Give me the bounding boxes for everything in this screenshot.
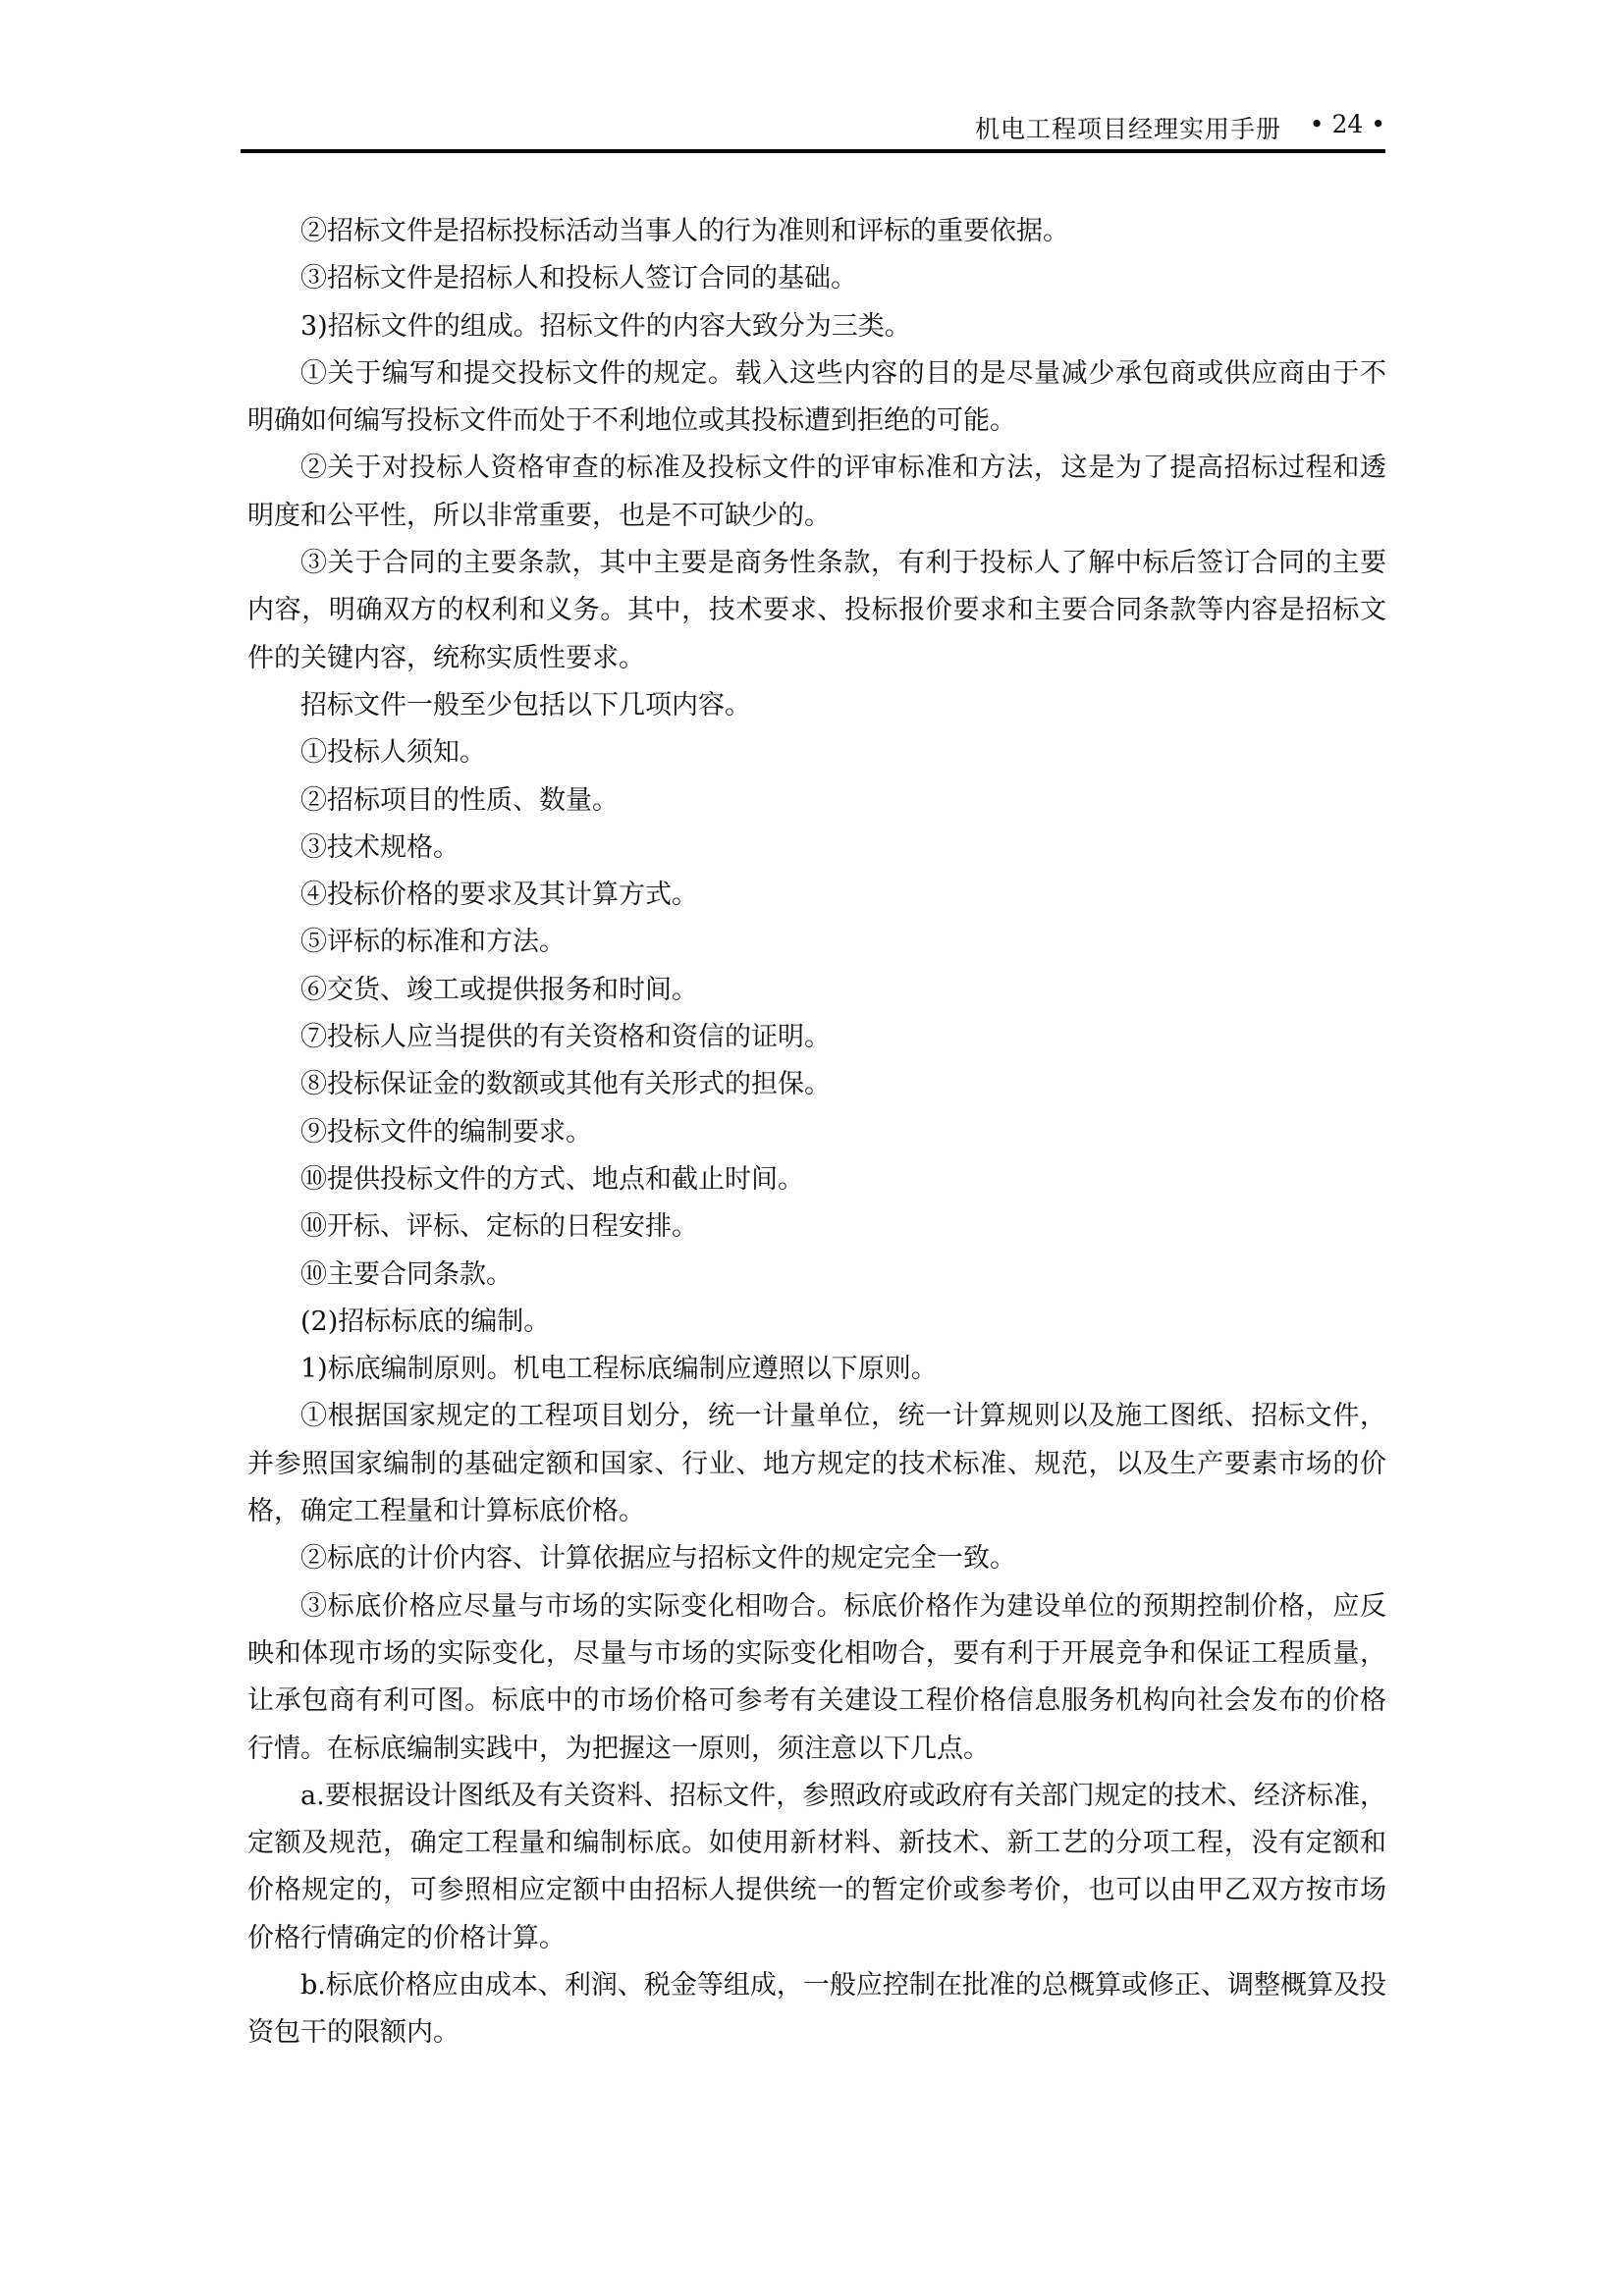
list-item: ③技术规格。 xyxy=(247,825,1386,872)
paragraph: a.要根据设计图纸及有关资料、招标文件，参照政府或政府有关部门规定的技术、经济标… xyxy=(247,1773,1386,1962)
list-item: ②招标项目的性质、数量。 xyxy=(247,777,1386,825)
list-item: ⑦投标人应当提供的有关资格和资信的证明。 xyxy=(247,1014,1386,1061)
list-item: ⑩提供投标文件的方式、地点和截止时间。 xyxy=(247,1156,1386,1203)
paragraph: ②招标文件是招标投标活动当事人的行为准则和评标的重要依据。 xyxy=(247,208,1386,255)
paragraph: 3)招标文件的组成。招标文件的内容大致分为三类。 xyxy=(247,303,1386,350)
list-item: ⑩主要合同条款。 xyxy=(247,1252,1386,1299)
running-header: 机电工程项目经理实用手册 • 24 • xyxy=(241,110,1385,149)
book-title: 机电工程项目经理实用手册 xyxy=(975,110,1281,145)
list-item: ④投标价格的要求及其计算方式。 xyxy=(247,872,1386,919)
paragraph: b.标底价格应由成本、利润、税金等组成，一般应控制在批准的总概算或修正、调整概算… xyxy=(247,1962,1386,2057)
header-rule xyxy=(241,149,1385,153)
paragraph: ①根据国家规定的工程项目划分，统一计量单位，统一计算规则以及施工图纸、招标文件，… xyxy=(247,1393,1386,1535)
list-item: ⑧投标保证金的数额或其他有关形式的担保。 xyxy=(247,1061,1386,1108)
page-number: • 24 • xyxy=(1310,110,1385,138)
paragraph: ③标底价格应尽量与市场的实际变化相吻合。标底价格作为建设单位的预期控制价格，应反… xyxy=(247,1583,1386,1773)
paragraph: 招标文件一般至少包括以下几项内容。 xyxy=(247,682,1386,729)
subsection-heading: 1)标底编制原则。机电工程标底编制应遵照以下原则。 xyxy=(247,1346,1386,1393)
list-item: ⑩开标、评标、定标的日程安排。 xyxy=(247,1203,1386,1251)
list-item: ⑥交货、竣工或提供报务和时间。 xyxy=(247,967,1386,1014)
section-heading: (2)招标标底的编制。 xyxy=(247,1299,1386,1346)
paragraph: ②关于对投标人资格审查的标准及投标文件的评审标准和方法，这是为了提高招标过程和透… xyxy=(247,445,1386,540)
page-body: ②招标文件是招标投标活动当事人的行为准则和评标的重要依据。 ③招标文件是招标人和… xyxy=(247,208,1386,2057)
list-item: ⑤评标的标准和方法。 xyxy=(247,919,1386,966)
paragraph: ②标底的计价内容、计算依据应与招标文件的规定完全一致。 xyxy=(247,1535,1386,1582)
paragraph: ①关于编写和提交投标文件的规定。载入这些内容的目的是尽量减少承包商或供应商由于不… xyxy=(247,350,1386,446)
list-item: ①投标人须知。 xyxy=(247,729,1386,776)
paragraph: ③招标文件是招标人和投标人签订合同的基础。 xyxy=(247,255,1386,302)
paragraph: ③关于合同的主要条款，其中主要是商务性条款，有利于投标人了解中标后签订合同的主要… xyxy=(247,540,1386,682)
list-item: ⑨投标文件的编制要求。 xyxy=(247,1109,1386,1156)
